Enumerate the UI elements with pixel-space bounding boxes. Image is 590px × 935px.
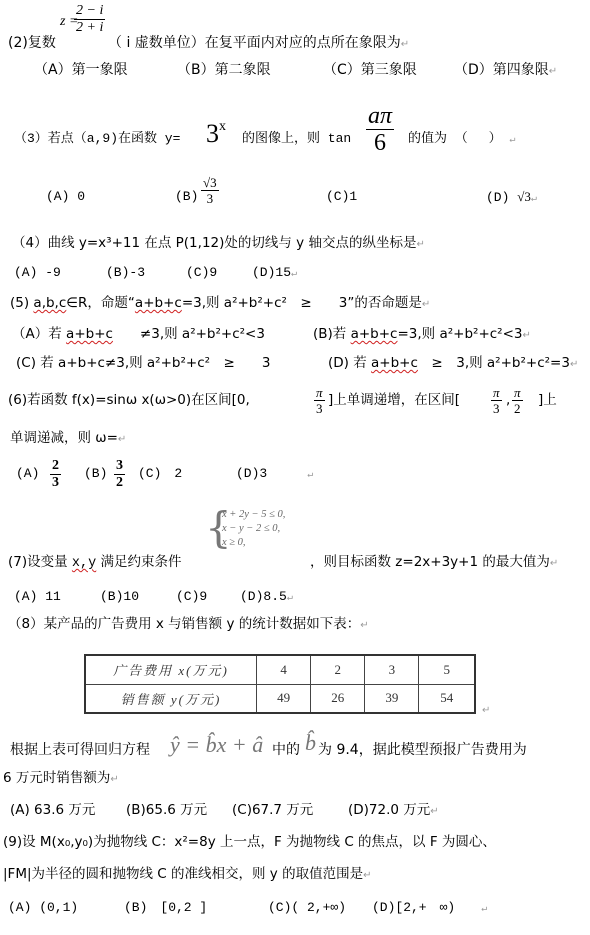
q6-fraction-1: π3 (314, 386, 325, 415)
table-header-cell: 广告费用 x(万元) (85, 655, 257, 684)
q5-option-b: (B)若 a+b+c=3,则 a²+b²+c²<3↵ (313, 328, 531, 342)
q7-option-c: (C)9 (176, 590, 207, 603)
table-header-cell: 销售额 y(万元) (85, 684, 257, 713)
q5-option-c: (C) 若 a+b+c≠3,则 a²+b²+c² ≥ 3 (16, 357, 270, 371)
q7-constraint-2: x − y − 2 ≤ 0, (222, 522, 285, 536)
q5-condition: a+b+c (135, 295, 182, 311)
q3-tan-fraction: aπ6 (366, 104, 394, 155)
table-cell: 4 (257, 655, 311, 684)
q8-regression-equation: ŷ = b̂x + â (170, 734, 263, 756)
q7-stem-c: ，则目标函数 z=2x+3y+1 的最大值为 (310, 554, 550, 570)
q6-fraction-2-num: π (491, 386, 502, 401)
q8-option-b: (B)65.6 万元 (126, 804, 207, 818)
q3-fraction-numerator: aπ (366, 104, 394, 130)
q4-option-d: (D)15↵ (252, 266, 297, 280)
q4-stem-text: （4）曲线 y=x³+11 在点 P(1,12)处的切线与 y 轴交点的纵坐标是 (12, 235, 416, 251)
q6-fraction-2-den: 3 (493, 401, 500, 415)
q5-stem-b: ∈R，命题“ (66, 295, 135, 311)
q3-option-d-value: √3 (517, 189, 531, 204)
paragraph-mark-icon: ↵ (531, 194, 537, 205)
q2-formula-numerator: 2 − i (74, 4, 105, 20)
q8-option-d: (D)72.0 万元↵ (348, 804, 439, 818)
paragraph-mark-icon: ↵ (291, 269, 297, 280)
paragraph-mark-icon: ↵ (481, 904, 487, 915)
q5-option-d: (D) 若 a+b+c ≥ 3,则 a²+b²+c²=3↵ (328, 357, 578, 371)
paragraph-mark-icon: ↵ (482, 706, 490, 716)
q3-base-value: 3 (206, 119, 219, 148)
q3-option-c: (C)1 (326, 190, 357, 203)
q6-stem-a: (6)若函数 f(x)=sinω x(ω>0)在区间[0, (8, 394, 250, 408)
q4-option-c: (C)9 (186, 266, 217, 279)
q6-fraction-3: π2 (512, 386, 523, 415)
q6-option-a-num: 2 (50, 459, 61, 475)
q6-option-a-label: (A) (16, 467, 39, 480)
q9-option-a: (A) (0,1) (8, 901, 78, 914)
q6-option-d: (D)3↵ (236, 467, 313, 481)
table-row: 广告费用 x(万元) 4 2 3 5 (85, 655, 475, 684)
q2-formula-fraction: 2 − i2 + i (74, 4, 105, 35)
paragraph-mark-icon: ↵ (363, 870, 371, 881)
paragraph-mark-icon: ↵ (287, 593, 293, 604)
q3-option-b-label: (B) (175, 190, 198, 203)
q6-stem-b: ]上单调递增，在区间[ (328, 394, 460, 408)
paragraph-mark-icon: ↵ (118, 434, 126, 445)
table-cell: 3 (365, 655, 419, 684)
paragraph-mark-icon: ↵ (549, 66, 557, 77)
q3-base: 3x (206, 120, 226, 147)
paragraph-mark-icon: ↵ (307, 470, 313, 481)
q8-option-a: (A) 63.6 万元 (10, 804, 95, 818)
q5-option-b-prefix: (B)若 (313, 326, 346, 342)
table-cell: 26 (311, 684, 365, 713)
q5-option-b-rest: =3,则 a²+b²+c²<3 (397, 326, 522, 342)
q8-option-d-text: (D)72.0 万元 (348, 802, 430, 818)
q3-stem-a: （3）若点（a,9)在函数 y= (14, 132, 180, 145)
q5-option-d-rest: ≥ 3,则 a²+b²+c²=3 (418, 355, 570, 371)
q7-stem-a: (7)设变量 (8, 554, 68, 570)
q5-vars: a,b,c (33, 295, 66, 311)
q9-option-d: (D)[2,+ ∞)↵ (372, 901, 487, 915)
q7-option-d: (D)8.5↵ (240, 590, 293, 604)
q5-stem-a: (5) (10, 295, 29, 311)
table-cell: 54 (419, 684, 475, 713)
q5-option-a: （A）若 a+b+c ≠3,则 a²+b²+c²<3 (12, 328, 265, 342)
q5-option-a-rest: ≠3,则 a²+b²+c²<3 (113, 326, 265, 342)
paragraph-mark-icon: ↵ (550, 558, 558, 569)
table-cell: 2 (311, 655, 365, 684)
q4-option-d-text: (D)15 (252, 265, 291, 280)
q3-stem-c: 的值为 （ ） ↵ (408, 132, 515, 146)
q8-line2: 6 万元时销售额为↵ (3, 772, 119, 786)
q8-stem: （8）某产品的广告费用 x 与销售额 y 的统计数据如下表：↵ (8, 618, 369, 632)
q6-fraction-1-den: 3 (316, 401, 323, 415)
paragraph-mark-icon: ↵ (509, 135, 515, 146)
q3-exponent: x (219, 119, 226, 134)
q6-option-a-fraction: 23 (50, 459, 61, 490)
q5-stem: (5) a,b,c∈R，命题“a+b+c=3,则 a²+b²+c² ≥ 3”的否… (10, 297, 430, 311)
q5-option-a-expr: a+b+c (66, 326, 113, 342)
paragraph-mark-icon: ↵ (430, 806, 438, 817)
q8-line1-c: 为 9.4，据此模型预报广告费用为 (318, 743, 527, 757)
q8-b-hat: b̂ (305, 732, 316, 754)
q7-constraint-1: x + 2y − 5 ≤ 0, (222, 508, 285, 522)
q6-option-b-label: (B) (84, 467, 107, 480)
q4-option-a: (A) -9 (14, 266, 61, 279)
q9-line2: |FM|为半径的圆和抛物线 C 的准线相交，则 y 的取值范围是↵ (3, 868, 371, 882)
q3-stem-c-text: 的值为 （ ） (408, 131, 502, 146)
q6-option-d-text: (D)3 (236, 466, 267, 481)
q7-constraint-3: x ≥ 0, (222, 536, 285, 550)
q6-option-b-fraction: 32 (114, 459, 125, 490)
paragraph-mark-icon: ↵ (401, 39, 409, 50)
q3-option-b-denominator: 3 (207, 191, 214, 205)
table-cell: 5 (419, 655, 475, 684)
q8-line1-b: 中的 (272, 743, 300, 757)
q7-stem-right: ，则目标函数 z=2x+3y+1 的最大值为↵ (310, 556, 558, 570)
paragraph-mark-icon: ↵ (570, 359, 578, 370)
paragraph-mark-icon: ↵ (360, 620, 368, 631)
q4-stem: （4）曲线 y=x³+11 在点 P(1,12)处的切线与 y 轴交点的纵坐标是… (12, 237, 425, 251)
q2-option-c: （C）第三象限 (323, 63, 417, 77)
q6-option-c: (C) 2 (138, 467, 182, 480)
q6-stem-c: ]上 (538, 394, 557, 408)
q5-option-a-prefix: （A）若 (12, 326, 62, 342)
q2-stem-prefix: (2)复数 (8, 36, 56, 50)
q8-line1-a: 根据上表可得回归方程 (10, 743, 150, 757)
paragraph-mark-icon: ↵ (416, 239, 424, 250)
q2-formula-denominator: 2 + i (76, 20, 103, 35)
q6-fraction-3-num: π (512, 386, 523, 401)
q7-constraints: x + 2y − 5 ≤ 0, x − y − 2 ≤ 0, x ≥ 0, (222, 508, 285, 550)
q2-stem-text: （ i 虚数单位）在复平面内对应的点所在象限为 (108, 35, 401, 51)
q7-vars: x,y (72, 556, 96, 571)
q8-stem-text: （8）某产品的广告费用 x 与销售额 y 的统计数据如下表： (8, 616, 360, 632)
q7-option-b: (B)10 (100, 590, 139, 603)
q6-option-b-num: 3 (114, 459, 125, 475)
q5-option-b-expr: a+b+c (351, 326, 398, 342)
paragraph-mark-icon: ↵ (422, 299, 430, 310)
q2-option-d-text: （D）第四象限 (454, 62, 549, 78)
q2-option-a: （A）第一象限 (34, 63, 128, 77)
q3-option-d-label: (D) (486, 190, 509, 205)
q9-option-c: (C)( 2,+∞) (268, 901, 346, 914)
q8-line2-text: 6 万元时销售额为 (3, 770, 110, 786)
q6-option-a-den: 3 (52, 475, 59, 490)
q8-data-table: 广告费用 x(万元) 4 2 3 5 销售额 y(万元) 49 26 39 54 (84, 654, 476, 714)
q7-option-a: (A) 11 (14, 590, 61, 603)
q3-stem-b: 的图像上，则 tan (242, 132, 351, 145)
q6-line2-text: 单调递减，则 ω= (10, 430, 118, 446)
q6-comma: , (506, 394, 510, 408)
q5-option-d-prefix: (D) 若 (328, 355, 367, 371)
q9-option-d-text: (D)[2,+ ∞) (372, 900, 455, 915)
table-row: 销售额 y(万元) 49 26 39 54 (85, 684, 475, 713)
q7-option-d-text: (D)8.5 (240, 589, 287, 604)
q3-fraction-denominator: 6 (374, 130, 386, 155)
q2-option-b: （B）第二象限 (177, 63, 271, 77)
q2-stem-rest: （ i 虚数单位）在复平面内对应的点所在象限为↵ (108, 36, 409, 50)
q3-option-a: (A) 0 (46, 190, 85, 203)
q5-option-d-expr: a+b+c (371, 355, 418, 371)
q3-option-b-fraction: √33 (201, 176, 219, 205)
q8-option-c: (C)67.7 万元 (232, 804, 313, 818)
paragraph-mark-icon: ↵ (110, 774, 118, 785)
table-cell: 49 (257, 684, 311, 713)
q6-fraction-1-num: π (314, 386, 325, 401)
q7-stem-b: 满足约束条件 (101, 554, 182, 570)
q2-option-d: （D）第四象限↵ (454, 63, 557, 77)
q9-line2-text: |FM|为半径的圆和抛物线 C 的准线相交，则 y 的取值范围是 (3, 866, 363, 882)
q4-option-b: (B)-3 (106, 266, 145, 279)
q9-option-b: (B) [0,2 ] (124, 901, 207, 914)
q6-line2: 单调递减，则 ω=↵ (10, 432, 126, 446)
q3-option-d: (D) √3↵ (486, 190, 537, 205)
q6-option-b-den: 2 (116, 475, 123, 490)
q3-option-b-numerator: √3 (201, 176, 219, 191)
q7-stem-left: (7)设变量 x,y 满足约束条件 (8, 556, 182, 571)
q6-fraction-3-den: 2 (514, 401, 521, 415)
paragraph-mark-icon: ↵ (523, 330, 531, 341)
q9-line1: (9)设 M(x₀,y₀)为抛物线 C：x²=8y 上一点，F 为抛物线 C 的… (3, 836, 496, 850)
q5-stem-c: =3,则 a²+b²+c² ≥ 3”的否命题是 (182, 295, 422, 311)
q6-fraction-2: π3 (491, 386, 502, 415)
table-cell: 39 (365, 684, 419, 713)
